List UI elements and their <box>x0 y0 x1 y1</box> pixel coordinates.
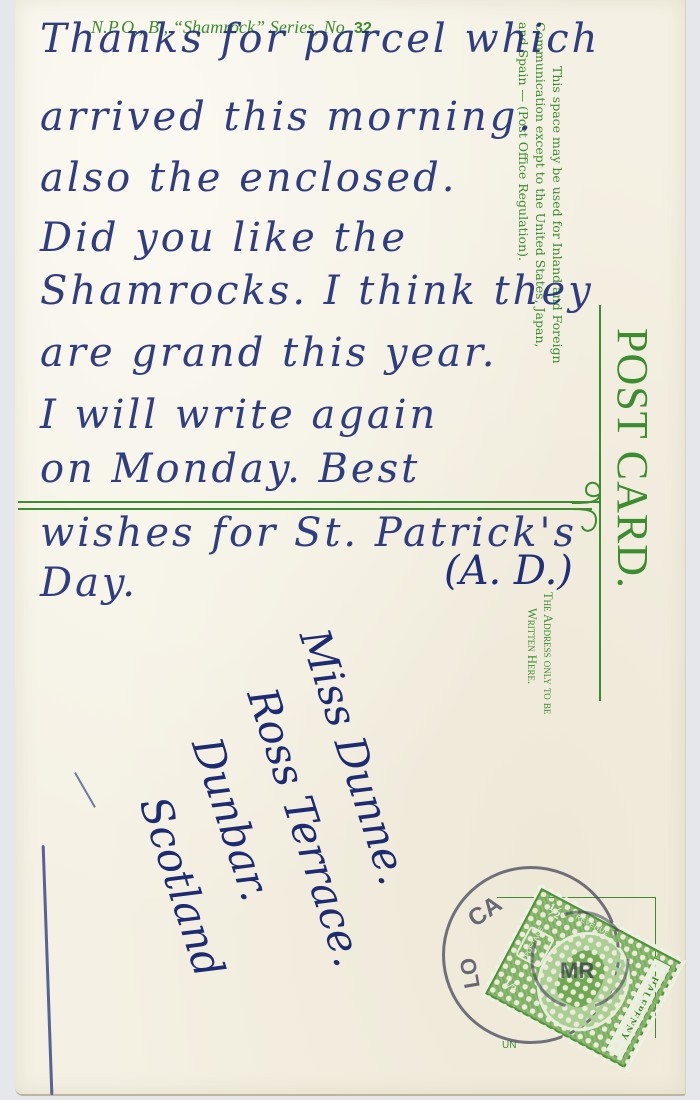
message-line: Did you like the <box>40 215 408 261</box>
stamp-denomination: ½ <box>500 973 522 998</box>
message-line: Thanks for parcel which <box>40 16 600 62</box>
post-card-title: POST CARD. <box>607 328 658 589</box>
stamp-denomination: ½ <box>544 899 566 924</box>
address-notice-line-1: The Address only to be <box>540 592 556 714</box>
postmark-date: MR <box>560 958 594 984</box>
message-line: Day. <box>40 560 138 606</box>
message-line: Shamrocks. I think they <box>40 268 594 314</box>
divider-line-top <box>18 501 600 503</box>
message-line: are grand this year. <box>40 330 497 376</box>
message-line: arrived this morning. <box>40 94 534 140</box>
address-notice-line-2: Written Here. <box>524 592 540 714</box>
address-notice: The Address only to be Written Here. <box>524 592 556 714</box>
postmark-bottom-text: LO <box>455 956 486 991</box>
signature: (A. D.) <box>444 548 573 594</box>
divider-line-vertical <box>599 305 601 701</box>
message-line: I will write again <box>40 392 438 438</box>
message-line: also the enclosed. <box>40 155 457 201</box>
message-line: on Monday. Best <box>40 446 420 492</box>
